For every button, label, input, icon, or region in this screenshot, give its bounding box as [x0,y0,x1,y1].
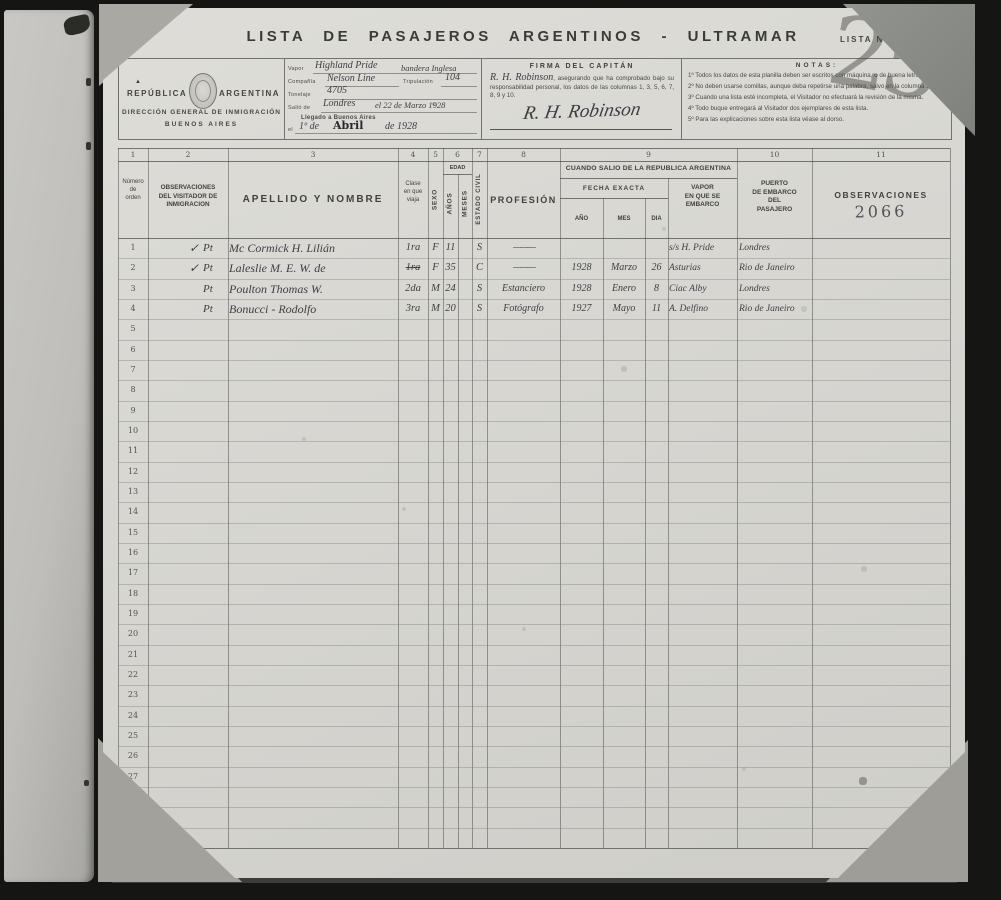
grid-line [443,174,472,175]
row-vapor: A. Delfino [669,300,737,318]
grid-line [118,380,950,381]
grid-line [118,706,950,707]
grid-line [560,148,561,848]
grid-line [118,645,950,646]
column-number: 6 [448,150,468,159]
grid-line [118,401,950,402]
header-edad: EDAD [443,165,472,171]
row-vapor: Asturias [669,259,737,277]
row-clase: 1ra [398,239,428,257]
header-numero-orden: Número de orden [118,178,148,202]
row-ano: 1928 [560,280,603,298]
row-mes: Enero [603,280,645,298]
row-number: 15 [118,528,148,537]
grid-line [118,726,950,727]
grid-line [950,148,951,848]
row-number: 25 [118,731,148,740]
grid-line [118,462,950,463]
row-sexo: M [428,280,443,298]
column-number: 1 [123,150,143,159]
row-mark: Pt [203,280,225,298]
row-number: 8 [118,385,148,394]
header-observaciones-visitador: OBSERVACIONES DEL VISITADOR DE INMIGRACI… [148,184,228,210]
previous-page-edge [4,10,94,882]
row-estado: C [472,259,487,277]
row-number: 22 [118,670,148,679]
row-number: 7 [118,365,148,374]
header-mes: MES [603,216,645,222]
grid-line [118,767,950,768]
row-name: Mc Cormick H. Lilián [229,239,397,257]
row-number: 14 [118,507,148,516]
row-mes: Marzo [603,259,645,277]
column-number: 7 [470,150,490,159]
row-puerto: Londres [739,280,812,298]
row-number: 21 [118,650,148,659]
grid-line [118,441,950,442]
row-puerto: Rio de Janeiro [739,259,812,277]
grid-line [118,421,950,422]
row-vapor: s/s H. Pride [669,239,737,257]
header-vapor-embarco: VAPOR EN QUE SE EMBARCO [668,184,737,210]
row-number: 18 [118,589,148,598]
grid-line [812,148,813,848]
row-mark: Pt [203,300,225,318]
grid-line [560,178,737,179]
row-number: 17 [118,568,148,577]
document-page: LISTA DE PASAJEROS ARGENTINOS - ULTRAMAR… [103,8,965,878]
row-mark: Pt [203,259,225,277]
row-number: 1 [118,243,148,252]
header-profesion: PROFESIÓN [487,195,560,205]
column-number: 3 [303,150,323,159]
grid-line [118,319,950,320]
row-clase: 2da [398,280,428,298]
row-mark: Pt [203,239,225,257]
header-ano: AÑO [560,216,603,222]
row-number: 2 [118,263,148,272]
grid-line [118,543,950,544]
grid-line [118,584,950,585]
row-vapor: Ciac Alby [669,280,737,298]
column-number: 2 [178,150,198,159]
column-number: 9 [639,150,659,159]
torn-corner [62,13,91,36]
row-sexo: F [428,259,443,277]
grid-line [118,148,119,848]
row-anos: 20 [443,300,458,318]
grid-line [118,482,950,483]
grid-line [560,198,668,199]
row-number: 3 [118,284,148,293]
grid-line [118,604,950,605]
registry-stamp: 2066 [812,201,950,222]
header-cuando-salio: CUANDO SALIO DE LA REPUBLICA ARGENTINA [560,165,737,172]
grid-line [148,148,149,848]
header-observaciones: OBSERVACIONES [812,190,950,200]
row-number: 10 [118,426,148,435]
row-number: 13 [118,487,148,496]
row-number: 26 [118,751,148,760]
grid-line [118,523,950,524]
row-check: ✓ [187,259,201,277]
grid-line [118,807,950,808]
column-number: 11 [871,150,891,159]
header-apellido-nombre: APELLIDO Y NOMBRE [228,194,398,205]
row-check: ✓ [187,239,201,257]
row-name: Laleslie M. E. W. de [229,259,397,277]
row-number: 16 [118,548,148,557]
grid-line [118,360,950,361]
row-number: 24 [118,711,148,720]
row-number: 5 [118,324,148,333]
header-anos: AÑOS [447,184,454,224]
grid-line [118,787,950,788]
row-estado: S [472,239,487,257]
row-clase: 1ra [398,259,428,277]
photo-backdrop: LISTA DE PASAJEROS ARGENTINOS - ULTRAMAR… [0,0,1001,900]
row-number: 4 [118,304,148,313]
grid-line [118,148,950,149]
grid-line [737,148,738,848]
grid-line [118,828,950,829]
row-number: 23 [118,690,148,699]
column-number: 10 [765,150,785,159]
row-estado: S [472,300,487,318]
header-clase: Clase en que viaja [398,180,428,204]
row-dia: 26 [645,259,668,277]
row-clase: 3ra [398,300,428,318]
row-ano: 1928 [560,259,603,277]
grid-line [118,848,950,849]
binding-mark [84,780,89,786]
header-estado-civil: ESTADO CIVIL [476,171,482,227]
header-meses: MESES [462,184,469,224]
grid-line [118,665,950,666]
row-number: 11 [118,446,148,455]
row-ano: 1927 [560,300,603,318]
row-name: Poulton Thomas W. [229,280,397,298]
row-estado: S [472,280,487,298]
grid-line [118,161,950,162]
grid-line [118,502,950,503]
grid-line [118,624,950,625]
row-puerto: Londres [739,239,812,257]
binding-mark [86,78,91,86]
row-profesion: Fotógrafo [487,300,560,318]
row-profesion: Estanciero [487,280,560,298]
column-number: 4 [403,150,423,159]
row-dia: 11 [645,300,668,318]
row-profesion: ——— [487,259,560,277]
grid-line [118,340,950,341]
binding-mark [86,142,91,150]
row-number: 19 [118,609,148,618]
header-fecha-exacta: FECHA EXACTA [560,185,668,192]
row-puerto: Rio de Janeiro [739,300,812,318]
row-anos: 35 [443,259,458,277]
header-sexo: SEXO [432,180,439,220]
column-number: 5 [426,150,446,159]
grid-line [118,685,950,686]
grid-line [118,746,950,747]
row-number: 9 [118,406,148,415]
row-sexo: F [428,239,443,257]
row-sexo: M [428,300,443,318]
passenger-table: 1234567891011 Número de orden OBSERVACIO… [103,8,965,878]
row-number: 6 [118,345,148,354]
row-mes: Mayo [603,300,645,318]
row-dia: 8 [645,280,668,298]
header-dia: DIA [645,216,668,222]
header-puerto-embarco: PUERTO DE EMBARCO DEL PASAJERO [737,180,812,214]
column-number: 8 [514,150,534,159]
row-profesion: ——— [487,239,560,257]
row-number: 12 [118,467,148,476]
row-anos: 11 [443,239,458,257]
row-number: 20 [118,629,148,638]
grid-line [118,563,950,564]
row-name: Bonucci - Rodolfo [229,300,397,318]
row-anos: 24 [443,280,458,298]
